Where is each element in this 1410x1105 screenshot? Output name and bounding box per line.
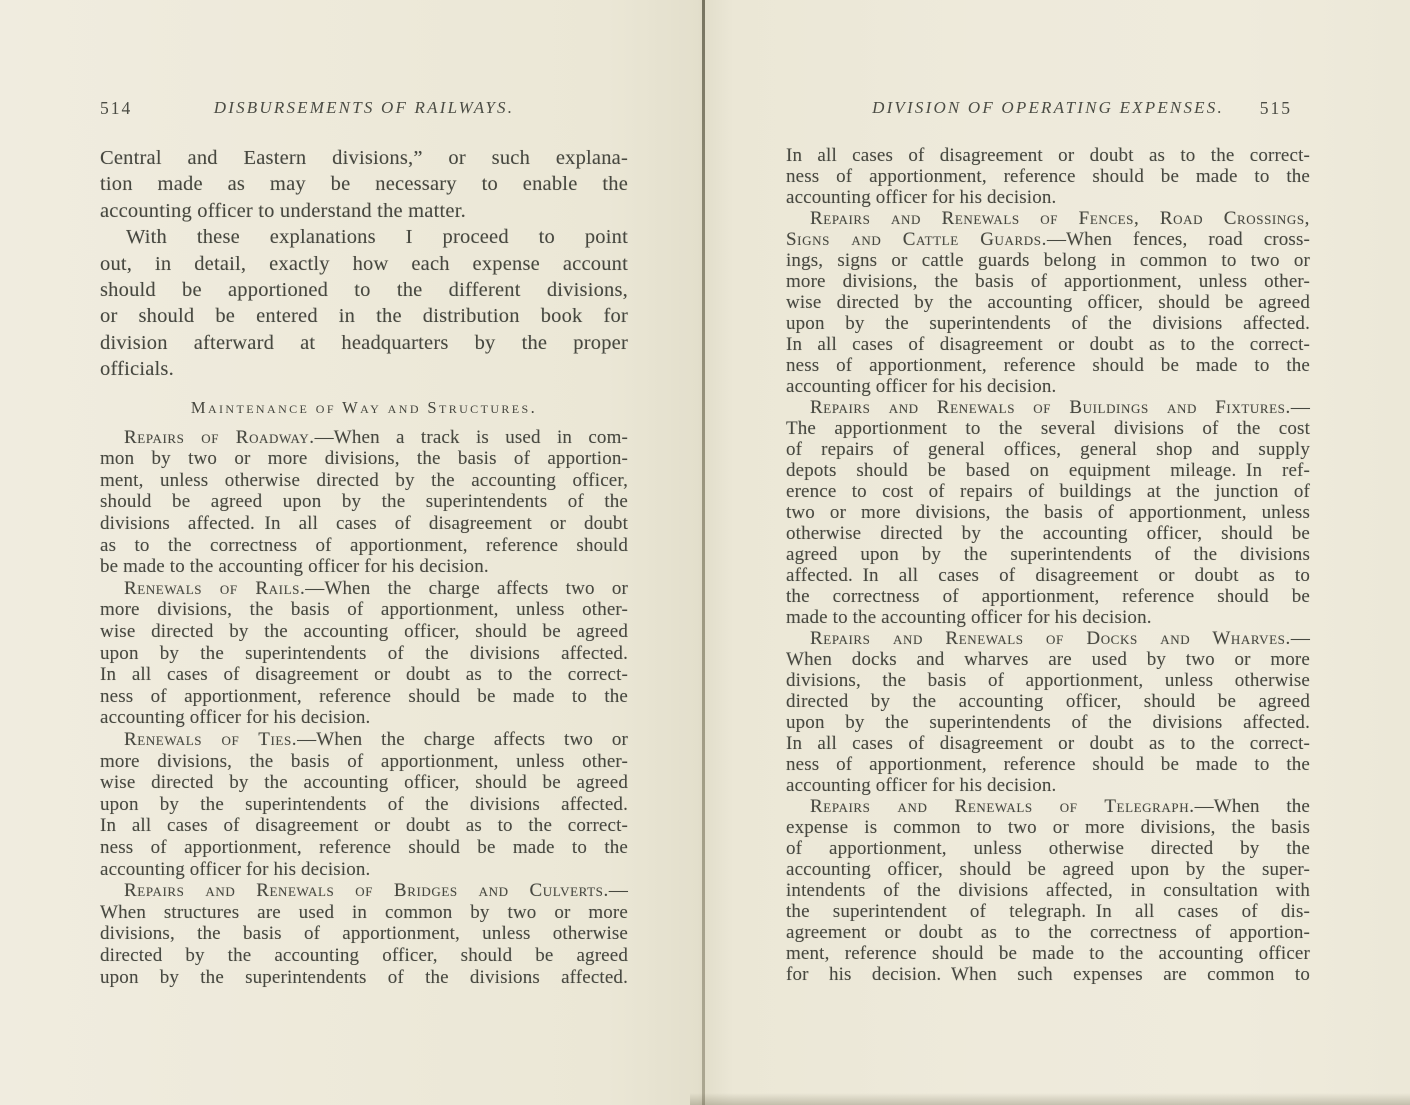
- small-caps-lead: Signs and Cattle Guards.: [786, 229, 1047, 250]
- right-section-text: In all cases of disagreement or doubt as…: [786, 145, 1310, 985]
- small-caps-lead: Repairs and Renewals of Telegraph.: [810, 796, 1195, 817]
- text-line: directed by the accounting officer, shou…: [100, 945, 628, 967]
- text-line: With these explanations I proceed to poi…: [100, 224, 628, 250]
- text-line: Renewals of Rails.—When the charge affec…: [100, 578, 628, 600]
- left-page-header: 514 DISBURSEMENTS OF RAILWAYS.: [100, 98, 628, 122]
- small-caps-lead: Repairs and Renewals of Bridges and Culv…: [124, 880, 609, 901]
- text-line: expense is common to two or more divisio…: [786, 817, 1310, 838]
- text-line: wise directed by the accounting officer,…: [100, 621, 628, 643]
- text-line: more divisions, the basis of apportionme…: [100, 751, 628, 773]
- text-line: intendents of the divisions affected, in…: [786, 880, 1310, 901]
- paragraph: In all cases of disagreement or doubt as…: [786, 145, 1310, 208]
- text-line: upon by the superintendents of the divis…: [100, 794, 628, 816]
- text-line: accounting officer for his decision.: [786, 187, 1310, 208]
- text-line: upon by the superintendents of the divis…: [100, 967, 628, 989]
- right-page: DIVISION OF OPERATING EXPENSES. 515 In a…: [705, 0, 1410, 1105]
- book-spine-line: [702, 0, 705, 1105]
- paragraph: With these explanations I proceed to poi…: [100, 224, 628, 382]
- text-line: as to the correctness of apportionment, …: [100, 535, 628, 557]
- right-page-number: 515: [1260, 98, 1292, 119]
- paragraph: Repairs and Renewals of Docks and Wharve…: [786, 628, 1310, 796]
- paragraph: Repairs and Renewals of Fences, Road Cro…: [786, 208, 1310, 397]
- text-line: accounting officer for his decision.: [786, 775, 1310, 796]
- text-line: Repairs and Renewals of Telegraph.—When …: [786, 796, 1310, 817]
- small-caps-lead: Renewals of Rails.: [124, 578, 305, 599]
- text-line: In all cases of disagreement or doubt as…: [100, 664, 628, 686]
- text-line: wise directed by the accounting officer,…: [786, 292, 1310, 313]
- text-line: should be apportioned to the different d…: [100, 277, 628, 303]
- paragraph: Repairs and Renewals of Bridges and Culv…: [100, 880, 628, 988]
- text-line: upon by the superintendents of the divis…: [100, 643, 628, 665]
- paragraph: Renewals of Rails.—When the charge affec…: [100, 578, 628, 729]
- text-line: Central and Eastern divisions,” or such …: [100, 145, 628, 171]
- text-line: more divisions, the basis of apportionme…: [100, 599, 628, 621]
- text-line: wise directed by the accounting officer,…: [100, 772, 628, 794]
- book-scan: 514 DISBURSEMENTS OF RAILWAYS. Central a…: [0, 0, 1410, 1105]
- small-caps-lead: Repairs of Roadway.: [124, 427, 315, 448]
- text-line: upon by the superintendents of the divis…: [786, 712, 1310, 733]
- text-line: more divisions, the basis of apportionme…: [786, 271, 1310, 292]
- left-page-column: 514 DISBURSEMENTS OF RAILWAYS. Central a…: [100, 0, 628, 1105]
- text-line: agreement or doubt as to the correctness…: [786, 922, 1310, 943]
- left-page: 514 DISBURSEMENTS OF RAILWAYS. Central a…: [0, 0, 705, 1105]
- text-line: divisions, the basis of apportionment, u…: [100, 923, 628, 945]
- small-caps-lead: Repairs and Renewals of Buildings and Fi…: [810, 397, 1291, 418]
- text-line: ness of apportionment, reference should …: [786, 166, 1310, 187]
- small-caps-lead: Repairs and Renewals of Docks and Wharve…: [810, 628, 1291, 649]
- text-line: ness of apportionment, reference should …: [786, 355, 1310, 376]
- text-line: ness of apportionment, reference should …: [100, 686, 628, 708]
- text-line: In all cases of disagreement or doubt as…: [786, 334, 1310, 355]
- paragraph: Renewals of Ties.—When the charge affect…: [100, 729, 628, 880]
- right-page-header: DIVISION OF OPERATING EXPENSES. 515: [786, 98, 1310, 122]
- left-intro-text: Central and Eastern divisions,” or such …: [100, 145, 628, 383]
- text-line: the correctness of apportionment, refere…: [786, 586, 1310, 607]
- paragraph: Repairs of Roadway.—When a track is used…: [100, 427, 628, 578]
- text-line: or should be entered in the distribution…: [100, 303, 628, 329]
- right-running-head: DIVISION OF OPERATING EXPENSES.: [786, 98, 1310, 118]
- text-line: Repairs and Renewals of Fences, Road Cro…: [786, 208, 1310, 229]
- text-line: made to the accounting officer for his d…: [786, 607, 1310, 628]
- text-line: tion made as may be necessary to enable …: [100, 171, 628, 197]
- text-line: accounting officer for his decision.: [100, 859, 628, 881]
- text-line: Repairs and Renewals of Buildings and Fi…: [786, 397, 1310, 418]
- text-line: of apportionment, unless otherwise direc…: [786, 838, 1310, 859]
- text-line: Repairs and Renewals of Docks and Wharve…: [786, 628, 1310, 649]
- text-line: be made to the accounting officer for hi…: [100, 556, 628, 578]
- text-line: When docks and wharves are used by two o…: [786, 649, 1310, 670]
- left-section-text: Repairs of Roadway.—When a track is used…: [100, 427, 628, 988]
- text-line: division afterward at headquarters by th…: [100, 330, 628, 356]
- text-line: ment, unless otherwise directed by the a…: [100, 470, 628, 492]
- text-line: divisions affected. In all cases of disa…: [100, 513, 628, 535]
- text-line: ness of apportionment, reference should …: [786, 754, 1310, 775]
- text-line: Renewals of Ties.—When the charge affect…: [100, 729, 628, 751]
- left-page-number: 514: [100, 98, 132, 119]
- text-line: should be agreed upon by the superintend…: [100, 491, 628, 513]
- text-line: Repairs and Renewals of Bridges and Culv…: [100, 880, 628, 902]
- text-line: In all cases of disagreement or doubt as…: [786, 733, 1310, 754]
- text-line: directed by the accounting officer, shou…: [786, 691, 1310, 712]
- text-line: accounting officer for his decision.: [786, 376, 1310, 397]
- left-running-head: DISBURSEMENTS OF RAILWAYS.: [100, 98, 628, 118]
- text-line: In all cases of disagreement or doubt as…: [100, 815, 628, 837]
- text-line: The apportionment to the several divisio…: [786, 418, 1310, 439]
- text-line: Signs and Cattle Guards.—When fences, ro…: [786, 229, 1310, 250]
- text-line: When structures are used in common by tw…: [100, 902, 628, 924]
- text-line: accounting officer, should be agreed upo…: [786, 859, 1310, 880]
- text-line: upon by the superintendents of the divis…: [786, 313, 1310, 334]
- small-caps-lead: Renewals of Ties.: [124, 729, 297, 750]
- text-line: the superintendent of telegraph. In all …: [786, 901, 1310, 922]
- text-line: two or more divisions, the basis of appo…: [786, 502, 1310, 523]
- text-line: accounting officer to understand the mat…: [100, 198, 628, 224]
- section-heading: Maintenance of Way and Structures.: [100, 399, 628, 417]
- text-line: otherwise directed by the accounting off…: [786, 523, 1310, 544]
- text-line: accounting officer for his decision.: [100, 707, 628, 729]
- text-line: erence to cost of repairs of buildings a…: [786, 481, 1310, 502]
- paragraph: Central and Eastern divisions,” or such …: [100, 145, 628, 224]
- text-line: ings, signs or cattle guards belong in c…: [786, 250, 1310, 271]
- text-line: affected. In all cases of disagreement o…: [786, 565, 1310, 586]
- small-caps-lead: Repairs and Renewals of Fences, Road Cro…: [810, 208, 1310, 229]
- text-line: of repairs of general offices, general s…: [786, 439, 1310, 460]
- text-line: ness of apportionment, reference should …: [100, 837, 628, 859]
- paragraph: Repairs and Renewals of Buildings and Fi…: [786, 397, 1310, 628]
- text-line: divisions, the basis of apportionment, u…: [786, 670, 1310, 691]
- text-line: out, in detail, exactly how each expense…: [100, 251, 628, 277]
- right-page-column: DIVISION OF OPERATING EXPENSES. 515 In a…: [786, 0, 1310, 1105]
- paragraph: Repairs and Renewals of Telegraph.—When …: [786, 796, 1310, 985]
- text-line: ment, reference should be made to the ac…: [786, 943, 1310, 964]
- text-line: for his decision. When such expenses are…: [786, 964, 1310, 985]
- text-line: In all cases of disagreement or doubt as…: [786, 145, 1310, 166]
- text-line: depots should be based on equipment mile…: [786, 460, 1310, 481]
- text-line: officials.: [100, 356, 628, 382]
- text-line: agreed upon by the superintendents of th…: [786, 544, 1310, 565]
- text-line: mon by two or more divisions, the basis …: [100, 448, 628, 470]
- text-line: Repairs of Roadway.—When a track is used…: [100, 427, 628, 449]
